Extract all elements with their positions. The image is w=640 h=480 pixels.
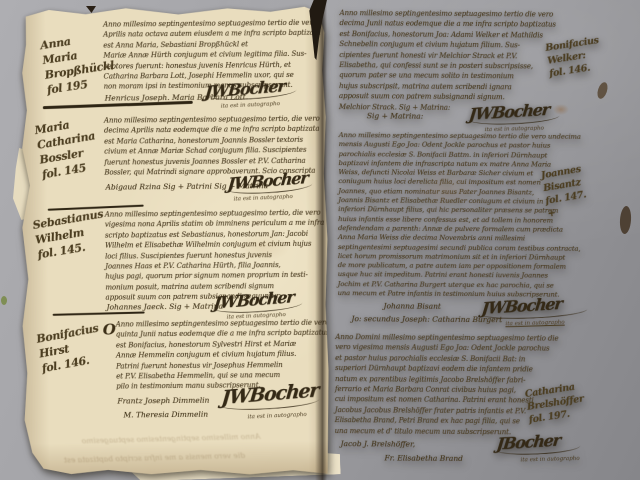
autograph-note: ita est in autographo [234, 194, 293, 203]
margin-name-note: JoannesBisantzfol. 147.+ [540, 164, 589, 222]
autograph-note: ita est in autographo [221, 101, 280, 110]
witness-signature: Frantz Joseph Dimmelin [117, 396, 209, 406]
margin-name-note: MariaCatharinaBosslerfol. 145 [34, 115, 102, 184]
witness-signature: Jacob J. Brelshöffer, [341, 439, 416, 449]
bleedthrough-text: Anno millesimo septingentesimo septuages… [82, 432, 261, 446]
right-page-paper: Anno millesimo septingentesimo septuages… [320, 1, 624, 480]
ink-blotch [1, 296, 7, 305]
left-page: AnnaMariaBropßhücklfol 195 Anno millesim… [18, 5, 330, 477]
witness-signature: Sig + Matrina: [367, 111, 423, 120]
entry-body-text: Anno millesimo septingentesimo septuages… [338, 131, 582, 300]
witness-signature: Johannes Jaeck. Sig + Matrina [107, 302, 224, 312]
witness-signature: Johanna Bisant [384, 301, 441, 310]
witness-signature: Fr. Elisabetha Brand [384, 453, 463, 463]
margin-name-note: BonifaciusWelker:fol. 146. [545, 35, 604, 82]
witness-signature: M. Theresia Dimmelin [123, 410, 208, 420]
margin-name-note: CatharinaBrelshöfferfol. 197. [524, 381, 586, 428]
left-page-paper: AnnaMariaBropßhücklfol 195 Anno millesim… [18, 5, 330, 477]
right-page: Anno millesimo septingentesimo septuages… [320, 1, 624, 480]
autograph-note: ita est in autographo [247, 412, 306, 421]
margin-name-note: SebastianusWilhelmfol. 145. [32, 207, 110, 263]
margin-name-note: BonifaciusHirstfol. 146. [35, 322, 105, 378]
page-gutter-shadow [315, 0, 327, 480]
entry-body-text: Anno millesimo septingentesimo septuages… [339, 9, 556, 114]
bleedthrough-text: die vero mensis a me infra scripto bapti… [64, 451, 245, 465]
manuscript-scan: AnnaMariaBropßhücklfol 195 Anno millesim… [0, 0, 640, 480]
autograph-note: ita est in autographo [520, 456, 579, 464]
decorative-initial: O [103, 321, 116, 339]
ink-divider [53, 311, 145, 315]
witness-signature: Jo: secundus Joseph: Catharina Burgert [351, 314, 502, 324]
entry-body-text: Anno Domini millesimo septingentesimo se… [335, 333, 559, 438]
autograph-note: ita est in autographo [505, 320, 564, 328]
